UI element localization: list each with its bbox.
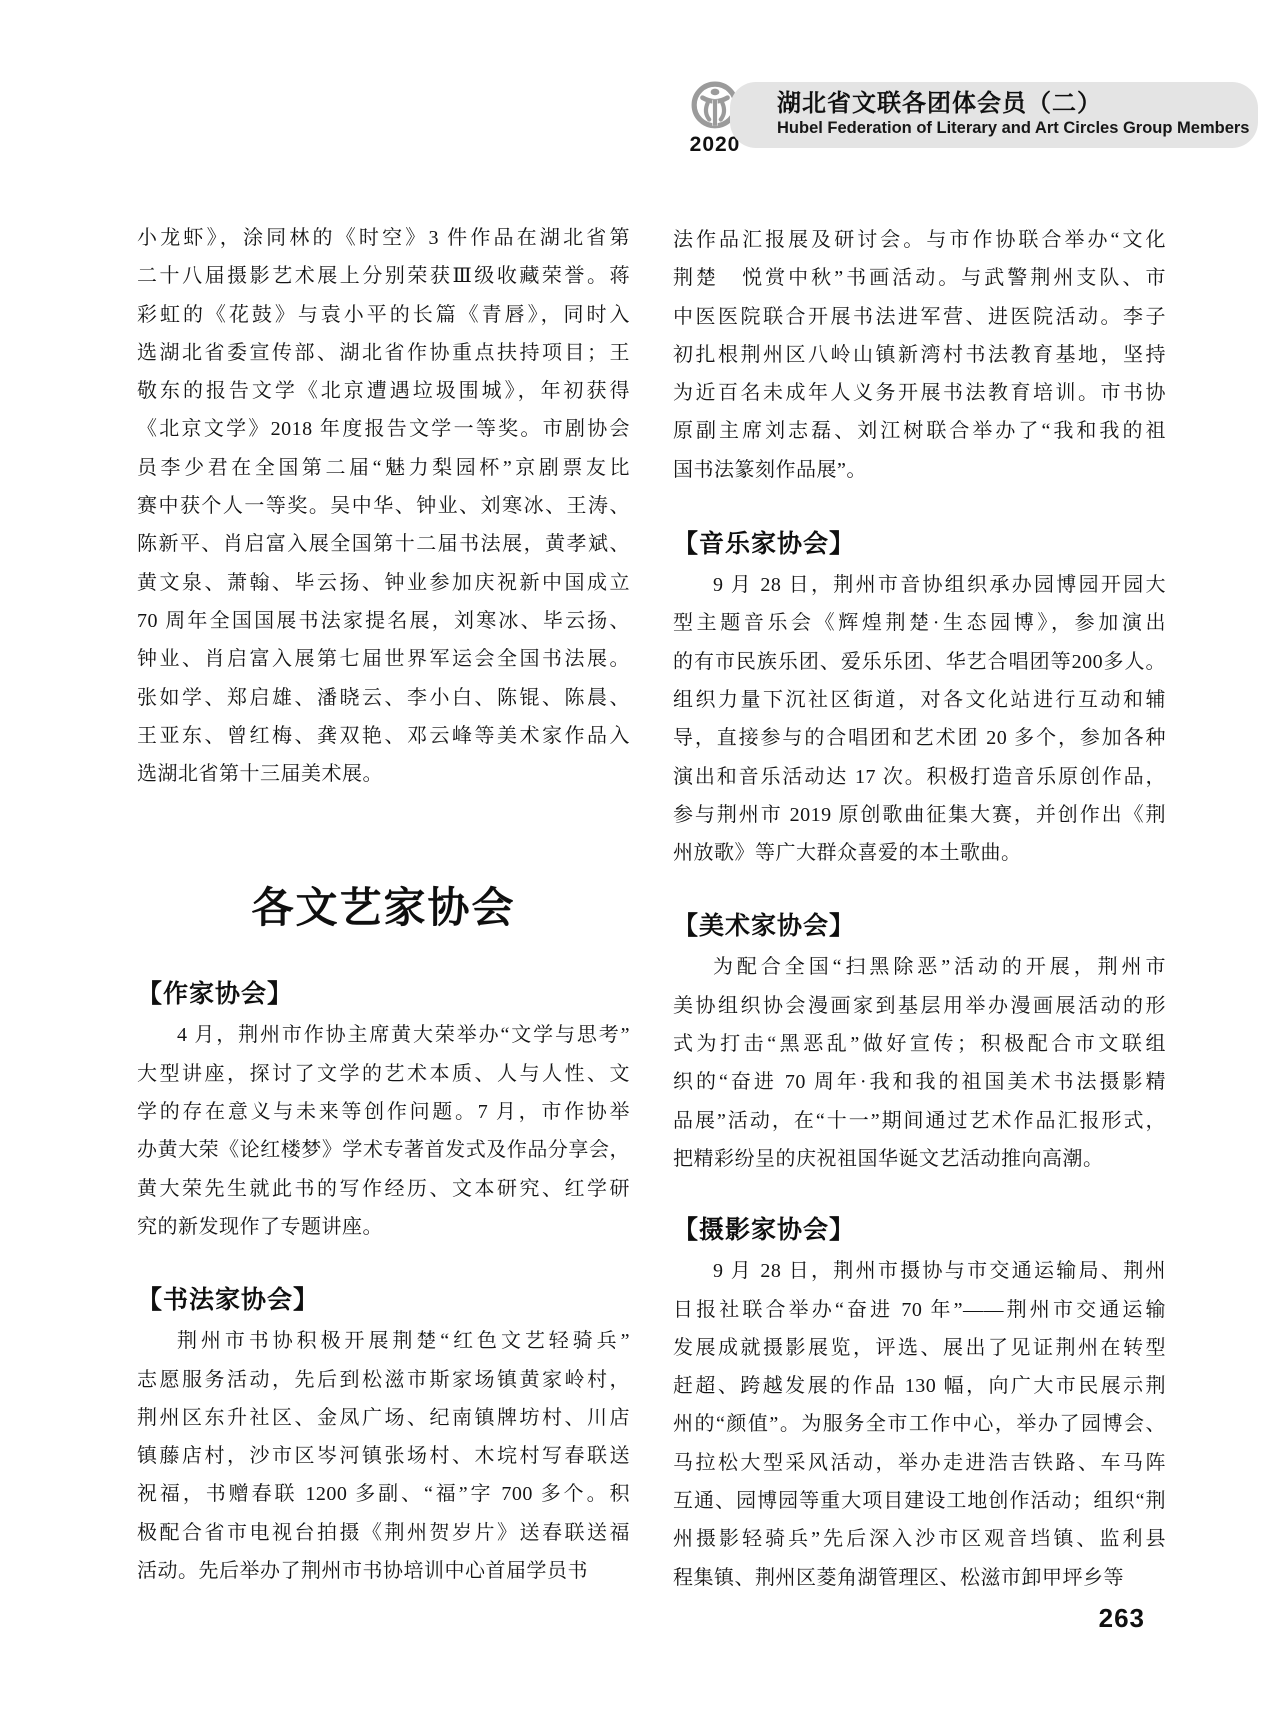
text-line: 9 月 28 日，荆州市摄协与市交通运输局、荆州 bbox=[673, 1252, 1166, 1290]
text-line: 70 周年全国国展书法家提名展，刘寒冰、毕云扬、 bbox=[137, 602, 630, 640]
section-paragraph-writers: 4 月，荆州市作协主席黄大荣举办“文学与思考”大型讲座，探讨了文学的艺术本质、人… bbox=[137, 1016, 630, 1246]
section-paragraph-calligraphers: 荆州市书协积极开展荆楚“红色文艺轻骑兵”志愿服务活动，先后到松滋市斯家场镇黄家岭… bbox=[137, 1322, 630, 1590]
text-line: 敬东的报告文学《北京遭遇垃圾围城》，年初获得 bbox=[137, 372, 630, 410]
text-line: 法作品汇报展及研讨会。与市作协联合举办“文化 bbox=[673, 221, 1166, 259]
section-heading-calligraphers: 【书法家协会】 bbox=[137, 1280, 630, 1320]
text-line: 办黄大荣《论红楼梦》学术专著首发式及作品分享会， bbox=[137, 1131, 630, 1169]
text-line: 活动。先后举办了荆州市书协培训中心首届学员书 bbox=[137, 1552, 630, 1590]
text-line: 把精彩纷呈的庆祝祖国华诞文艺活动推向高潮。 bbox=[673, 1140, 1166, 1178]
text-line: 美协组织协会漫画家到基层用举办漫画展活动的形 bbox=[673, 987, 1166, 1025]
text-line: 极配合省市电视台拍摄《荆州贺岁片》送春联送福 bbox=[137, 1514, 630, 1552]
continuation-paragraph: 法作品汇报展及研讨会。与市作协联合举办“文化荆楚 悦赏中秋”书画活动。与武警荆州… bbox=[673, 221, 1166, 489]
text-line: 演出和音乐活动达 17 次。积极打造音乐原创作品， bbox=[673, 758, 1166, 796]
text-line: 陈新平、肖启富入展全国第十二届书法展，黄孝斌、 bbox=[137, 525, 630, 563]
text-line: 员李少君在全国第二届“魅力梨园杯”京剧票友比 bbox=[137, 449, 630, 487]
text-line: 志愿服务活动，先后到松滋市斯家场镇黄家岭村， bbox=[137, 1361, 630, 1399]
page-number: 263 bbox=[1075, 1603, 1145, 1634]
text-line: 为配合全国“扫黑除恶”活动的开展，荆州市 bbox=[673, 948, 1166, 986]
text-line: 为近百名未成年人义务开展书法教育培训。市书协 bbox=[673, 374, 1166, 412]
left-column: 小龙虾》，涂同林的《时空》3 件作品在湖北省第二十八届摄影艺术展上分别荣获Ⅲ级收… bbox=[137, 219, 630, 1590]
text-line: 小龙虾》，涂同林的《时空》3 件作品在湖北省第 bbox=[137, 219, 630, 257]
text-line: 9 月 28 日，荆州市音协组织承办园博园开园大 bbox=[673, 566, 1166, 604]
text-line: 式为打击“黑恶乱”做好宣传；积极配合市文联组 bbox=[673, 1025, 1166, 1063]
section-paragraph-artists: 为配合全国“扫黑除恶”活动的开展，荆州市美协组织协会漫画家到基层用举办漫画展活动… bbox=[673, 948, 1166, 1178]
continuation-paragraph: 小龙虾》，涂同林的《时空》3 件作品在湖北省第二十八届摄影艺术展上分别荣获Ⅲ级收… bbox=[137, 219, 630, 793]
main-section-title: 各文艺家协会 bbox=[137, 879, 630, 937]
text-line: 参与荆州市 2019 原创歌曲征集大赛，并创作出《荆 bbox=[673, 796, 1166, 834]
header-title-en: Hubel Federation of Literary and Art Cir… bbox=[777, 118, 1258, 139]
header-title-zh: 湖北省文联各团体会员（二） bbox=[777, 90, 1258, 118]
text-line: 州放歌》等广大群众喜爱的本土歌曲。 bbox=[673, 834, 1166, 872]
section-paragraph-photographers: 9 月 28 日，荆州市摄协与市交通运输局、荆州日报社联合举办“奋进 70 年”… bbox=[673, 1252, 1166, 1597]
text-line: 原副主席刘志磊、刘江树联合举办了“我和我的祖 bbox=[673, 412, 1166, 450]
text-line: 发展成就摄影展览，评选、展出了见证荆州在转型 bbox=[673, 1329, 1166, 1367]
text-line: 祝福，书赠春联 1200 多副、“福”字 700 多个。积 bbox=[137, 1475, 630, 1513]
text-line: 钟业、肖启富入展第七届世界军运会全国书法展。 bbox=[137, 640, 630, 678]
text-line: 荆楚 悦赏中秋”书画活动。与武警荆州支队、市 bbox=[673, 259, 1166, 297]
text-line: 日报社联合举办“奋进 70 年”——荆州市交通运输 bbox=[673, 1291, 1166, 1329]
text-line: 4 月，荆州市作协主席黄大荣举办“文学与思考” bbox=[137, 1016, 630, 1054]
text-line: 品展”活动，在“十一”期间通过艺术作品汇报形式， bbox=[673, 1102, 1166, 1140]
text-line: 《北京文学》2018 年度报告文学一等奖。市剧协会 bbox=[137, 410, 630, 448]
section-heading-musicians: 【音乐家协会】 bbox=[673, 524, 1166, 564]
text-line: 学的存在意义与未来等创作问题。7 月，市作协举 bbox=[137, 1093, 630, 1131]
text-line: 选湖北省委宣传部、湖北省作协重点扶持项目；王 bbox=[137, 334, 630, 372]
text-line: 张如学、郑启雄、潘晓云、李小白、陈锟、陈晨、 bbox=[137, 679, 630, 717]
text-line: 型主题音乐会《辉煌荆楚·生态园博》，参加演出 bbox=[673, 604, 1166, 642]
section-heading-photographers: 【摄影家协会】 bbox=[673, 1210, 1166, 1250]
text-line: 组织力量下沉社区街道，对各文化站进行互动和辅 bbox=[673, 681, 1166, 719]
text-line: 的有市民族乐团、爱乐乐团、华艺合唱团等200多人。 bbox=[673, 643, 1166, 681]
text-line: 黄大荣先生就此书的写作经历、文本研究、红学研 bbox=[137, 1170, 630, 1208]
text-line: 二十八届摄影艺术展上分别荣获Ⅲ级收藏荣誉。蒋 bbox=[137, 257, 630, 295]
text-line: 黄文泉、萧翰、毕云扬、钟业参加庆祝新中国成立 bbox=[137, 564, 630, 602]
text-line: 彩虹的《花鼓》与袁小平的长篇《青唇》，同时入 bbox=[137, 296, 630, 334]
section-heading-artists: 【美术家协会】 bbox=[673, 906, 1166, 946]
text-line: 镇藤店村，沙市区岑河镇张场村、木垸村写春联送 bbox=[137, 1437, 630, 1475]
text-line: 王亚东、曾红梅、龚双艳、邓云峰等美术家作品入 bbox=[137, 717, 630, 755]
text-line: 大型讲座，探讨了文学的艺术本质、人与人性、文 bbox=[137, 1055, 630, 1093]
text-line: 互通、园博园等重大项目建设工地创作活动；组织“荆 bbox=[673, 1482, 1166, 1520]
text-line: 中医医院联合开展书法进军营、进医院活动。李子 bbox=[673, 298, 1166, 336]
header-banner: 湖北省文联各团体会员（二） Hubel Federation of Litera… bbox=[730, 82, 1258, 148]
text-line: 赛中获个人一等奖。吴中华、钟业、刘寒冰、王涛、 bbox=[137, 487, 630, 525]
yearbook-page: 2020 湖北省文联各团体会员（二） Hubel Federation of L… bbox=[0, 0, 1276, 1719]
text-line: 选湖北省第十三届美术展。 bbox=[137, 755, 630, 793]
text-line: 初扎根荆州区八岭山镇新湾村书法教育基地，坚持 bbox=[673, 336, 1166, 374]
section-heading-writers: 【作家协会】 bbox=[137, 974, 630, 1014]
text-line: 荆州区东升社区、金凤广场、纪南镇牌坊村、川店 bbox=[137, 1399, 630, 1437]
text-line: 荆州市书协积极开展荆楚“红色文艺轻骑兵” bbox=[137, 1322, 630, 1360]
text-line: 国书法篆刻作品展”。 bbox=[673, 451, 1166, 489]
text-line: 赶超、跨越发展的作品 130 幅，向广大市民展示荆 bbox=[673, 1367, 1166, 1405]
text-line: 织的“奋进 70 周年·我和我的祖国美术书法摄影精 bbox=[673, 1063, 1166, 1101]
text-line: 导，直接参与的合唱团和艺术团 20 多个，参加各种 bbox=[673, 719, 1166, 757]
text-line: 究的新发现作了专题讲座。 bbox=[137, 1208, 630, 1246]
text-line: 程集镇、荆州区菱角湖管理区、松滋市卸甲坪乡等 bbox=[673, 1559, 1166, 1597]
right-column: 法作品汇报展及研讨会。与市作协联合举办“文化荆楚 悦赏中秋”书画活动。与武警荆州… bbox=[673, 221, 1166, 1597]
text-line: 马拉松大型采风活动，举办走进浩吉铁路、车马阵 bbox=[673, 1444, 1166, 1482]
text-line: 州摄影轻骑兵”先后深入沙市区观音垱镇、监利县 bbox=[673, 1520, 1166, 1558]
section-paragraph-musicians: 9 月 28 日，荆州市音协组织承办园博园开园大型主题音乐会《辉煌荆楚·生态园博… bbox=[673, 566, 1166, 872]
text-line: 州的“颜值”。为服务全市工作中心，举办了园博会、 bbox=[673, 1405, 1166, 1443]
